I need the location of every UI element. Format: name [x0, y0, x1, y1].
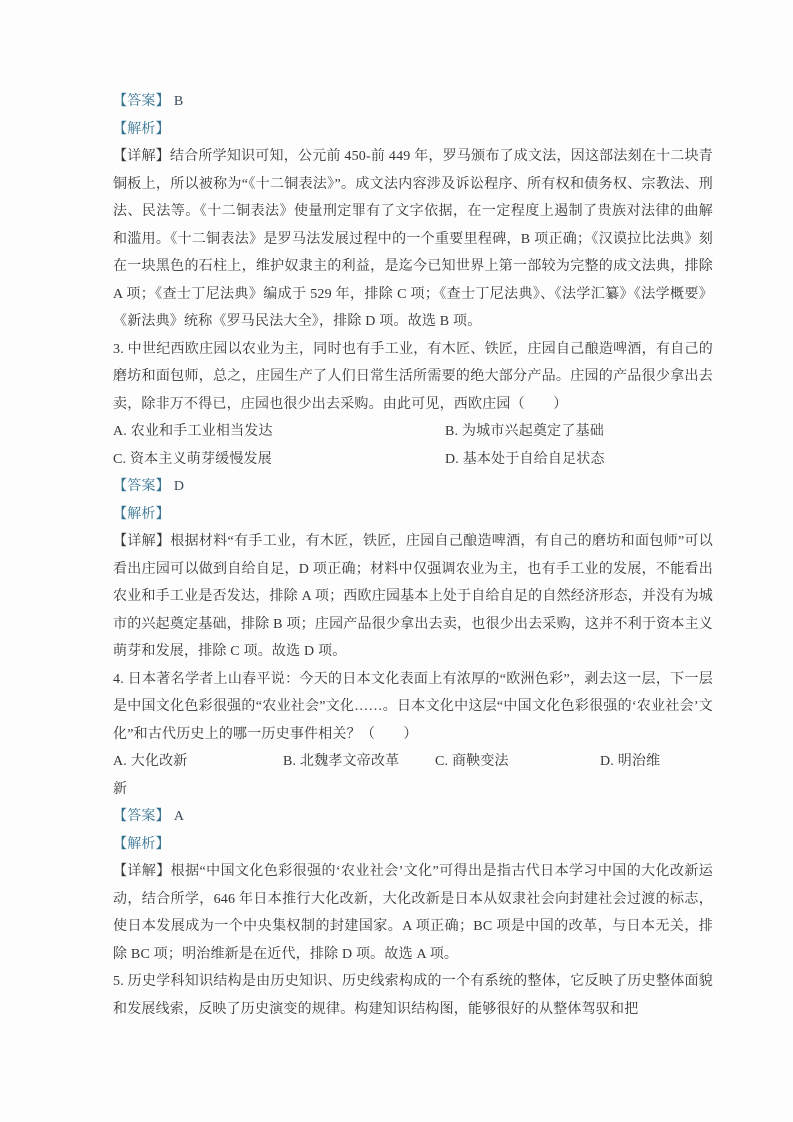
analysis-label-q2: 【解析】 — [113, 116, 713, 144]
options-row-q3-1: A. 农业和手工业相当发达 B. 为城市兴起奠定了基础 — [113, 418, 713, 446]
detail-paragraph-q3: 【详解】根据材料“有手工业，有木匠，铁匠，庄园自己酿造啤酒，有自己的磨坊和面包师… — [113, 528, 713, 666]
question-stem-q3: 3. 中世纪西欧庄园以农业为主，同时也有手工业，有木匠、铁匠，庄园自己酿造啤酒，… — [113, 336, 713, 419]
option-q3-b: B. 为城市兴起奠定了基础 — [445, 418, 604, 446]
option-q4-b: B. 北魏孝文帝改革 — [283, 748, 435, 776]
option-q4-c: C. 商鞅变法 — [435, 748, 600, 776]
option-q3-a: A. 农业和手工业相当发达 — [113, 418, 445, 446]
detail-paragraph-q4: 【详解】根据“中国文化色彩很强的‘农业社会’文化”可得出是指古代日本学习中国的大… — [113, 858, 713, 968]
document-page: 【答案】B 【解析】 【详解】结合所学知识可知，公元前 450-前 449 年，… — [0, 0, 793, 1122]
answer-label: 【答案】 — [113, 809, 170, 824]
answer-label: 【答案】 — [113, 94, 170, 109]
answer-line-q3: 【答案】D — [113, 473, 713, 501]
analysis-label-q3: 【解析】 — [113, 501, 713, 529]
question-stem-q5: 5. 历史学科知识结构是由历史知识、历史线索构成的一个有系统的整体，它反映了历史… — [113, 968, 713, 1023]
page-content: 【答案】B 【解析】 【详解】结合所学知识可知，公元前 450-前 449 年，… — [113, 88, 713, 1023]
option-q3-d: D. 基本处于自给自足状态 — [445, 446, 605, 474]
options-row-q3-2: C. 资本主义萌芽缓慢发展 D. 基本处于自给自足状态 — [113, 446, 713, 474]
answer-value-q3: D — [170, 479, 184, 494]
option-q4-d: D. 明治维 — [600, 748, 713, 776]
answer-line-q2: 【答案】B — [113, 88, 713, 116]
answer-value-q4: A — [170, 809, 184, 824]
answer-line-q4: 【答案】A — [113, 803, 713, 831]
options-row-q4: A. 大化改新 B. 北魏孝文帝改革 C. 商鞅变法 D. 明治维 — [113, 748, 713, 776]
option-q4-a: A. 大化改新 — [113, 748, 283, 776]
option-q3-c: C. 资本主义萌芽缓慢发展 — [113, 446, 445, 474]
answer-label: 【答案】 — [113, 479, 170, 494]
question-stem-q4: 4. 日本著名学者上山春平说：今天的日本文化表面上有浓厚的“欧洲色彩”，剥去这一… — [113, 666, 713, 749]
analysis-label-q4: 【解析】 — [113, 831, 713, 859]
option-q4-d-wrap: 新 — [113, 776, 713, 804]
answer-value-q2: B — [170, 94, 184, 109]
detail-paragraph-q2: 【详解】结合所学知识可知，公元前 450-前 449 年，罗马颁布了成文法，因这… — [113, 143, 713, 336]
